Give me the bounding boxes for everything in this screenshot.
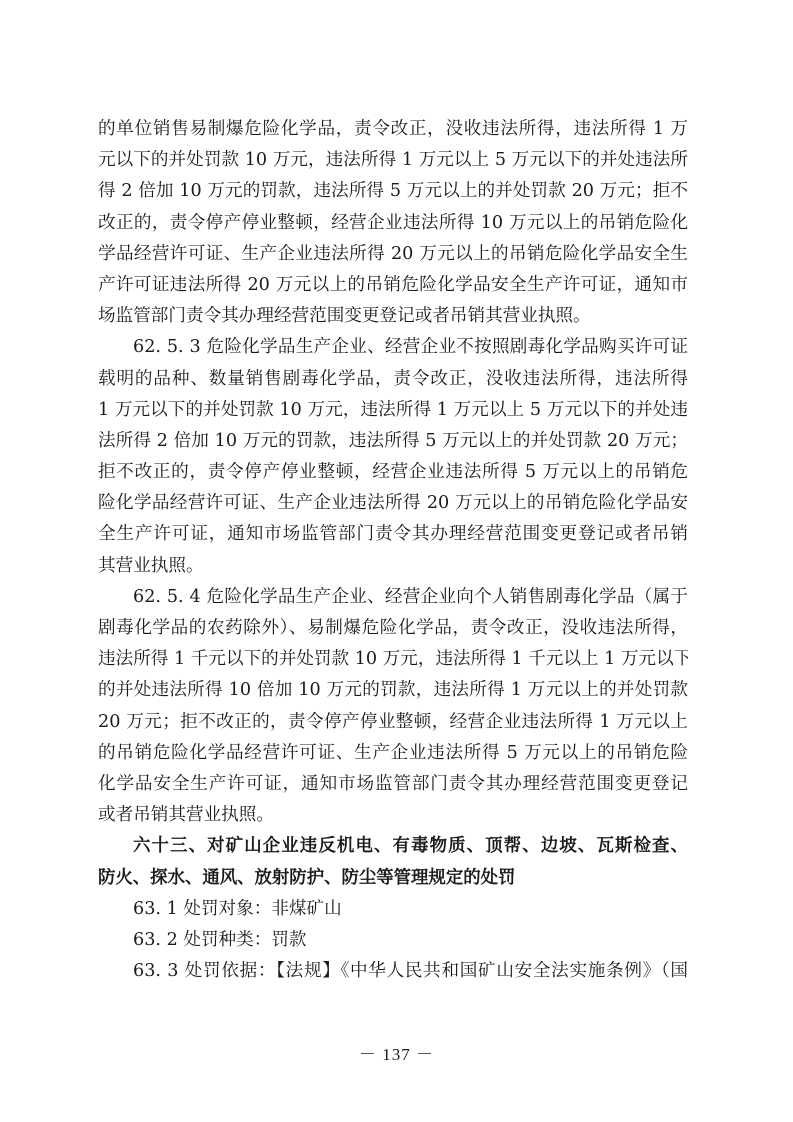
paragraph-63-2: 63. 2 处罚种类：罚款 bbox=[98, 925, 688, 956]
text-line: 违法所得 1 千元以下的并处罚款 10 万元，违法所得 1 千元以上 1 万元以… bbox=[98, 644, 688, 675]
paragraph-62-5-4: 62. 5. 4 危险化学品生产企业、经营企业向个人销售剧毒化学品（属于 剧毒化… bbox=[98, 582, 688, 832]
text-line: 得 2 倍加 10 万元的罚款，违法所得 5 万元以上的并处罚款 20 万元；拒… bbox=[98, 176, 688, 207]
paragraph-63-3: 63. 3 处罚依据：【法规】《中华人民共和国矿山安全法实施条例》（国 bbox=[98, 956, 688, 987]
text-line: 的吊销危险化学品经营许可证、生产企业违法所得 5 万元以上的吊销危险 bbox=[98, 738, 688, 769]
text-line: 剧毒化学品的农药除外）、易制爆危险化学品，责令改正，没收违法所得， bbox=[98, 613, 688, 644]
text-line: 63. 1 处罚对象：非煤矿山 bbox=[98, 894, 688, 925]
text-line: 或者吊销其营业执照。 bbox=[98, 800, 688, 831]
heading-line: 防火、探水、通风、放射防护、防尘等管理规定的处罚 bbox=[98, 863, 688, 894]
text-line: 63. 2 处罚种类：罚款 bbox=[98, 925, 688, 956]
text-line: 1 万元以下的并处罚款 10 万元，违法所得 1 万元以上 5 万元以下的并处违 bbox=[98, 395, 688, 426]
paragraph-63-1: 63. 1 处罚对象：非煤矿山 bbox=[98, 894, 688, 925]
page-number: － 137 － bbox=[0, 1040, 793, 1065]
text-line: 化学品安全生产许可证，通知市场监管部门责令其办理经营范围变更登记 bbox=[98, 769, 688, 800]
text-line: 产许可证违法所得 20 万元以上的吊销危险化学品安全生产许可证，通知市 bbox=[98, 270, 688, 301]
section-heading-63: 六十三、对矿山企业违反机电、有毒物质、顶帮、边坡、瓦斯检查、 防火、探水、通风、… bbox=[98, 831, 688, 893]
paragraph-62-5-3: 62. 5. 3 危险化学品生产企业、经营企业不按照剧毒化学品购买许可证 载明的… bbox=[98, 332, 688, 582]
text-line: 62. 5. 3 危险化学品生产企业、经营企业不按照剧毒化学品购买许可证 bbox=[98, 332, 688, 363]
text-line: 63. 3 处罚依据：【法规】《中华人民共和国矿山安全法实施条例》（国 bbox=[98, 956, 688, 987]
text-line: 场监管部门责令其办理经营范围变更登记或者吊销其营业执照。 bbox=[98, 301, 688, 332]
document-page: 的单位销售易制爆危险化学品，责令改正，没收违法所得，违法所得 1 万 元以下的并… bbox=[98, 114, 688, 987]
text-line: 拒不改正的，责令停产停业整顿，经营企业违法所得 5 万元以上的吊销危 bbox=[98, 457, 688, 488]
text-line: 20 万元；拒不改正的，责令停产停业整顿，经营企业违法所得 1 万元以上 bbox=[98, 707, 688, 738]
paragraph-62-5-2-continued: 的单位销售易制爆危险化学品，责令改正，没收违法所得，违法所得 1 万 元以下的并… bbox=[98, 114, 688, 332]
text-line: 的并处违法所得 10 倍加 10 万元的罚款，违法所得 1 万元以上的并处罚款 bbox=[98, 675, 688, 706]
text-line: 改正的，责令停产停业整顿，经营企业违法所得 10 万元以上的吊销危险化 bbox=[98, 208, 688, 239]
text-line: 元以下的并处罚款 10 万元，违法所得 1 万元以上 5 万元以下的并处违法所 bbox=[98, 145, 688, 176]
text-line: 的单位销售易制爆危险化学品，责令改正，没收违法所得，违法所得 1 万 bbox=[98, 114, 688, 145]
text-line: 险化学品经营许可证、生产企业违法所得 20 万元以上的吊销危险化学品安 bbox=[98, 488, 688, 519]
text-line: 62. 5. 4 危险化学品生产企业、经营企业向个人销售剧毒化学品（属于 bbox=[98, 582, 688, 613]
text-line: 载明的品种、数量销售剧毒化学品，责令改正，没收违法所得，违法所得 bbox=[98, 364, 688, 395]
text-line: 其营业执照。 bbox=[98, 551, 688, 582]
text-line: 学品经营许可证、生产企业违法所得 20 万元以上的吊销危险化学品安全生 bbox=[98, 239, 688, 270]
heading-line: 六十三、对矿山企业违反机电、有毒物质、顶帮、边坡、瓦斯检查、 bbox=[98, 831, 688, 862]
text-line: 全生产许可证，通知市场监管部门责令其办理经营范围变更登记或者吊销 bbox=[98, 519, 688, 550]
text-line: 法所得 2 倍加 10 万元的罚款，违法所得 5 万元以上的并处罚款 20 万元… bbox=[98, 426, 688, 457]
